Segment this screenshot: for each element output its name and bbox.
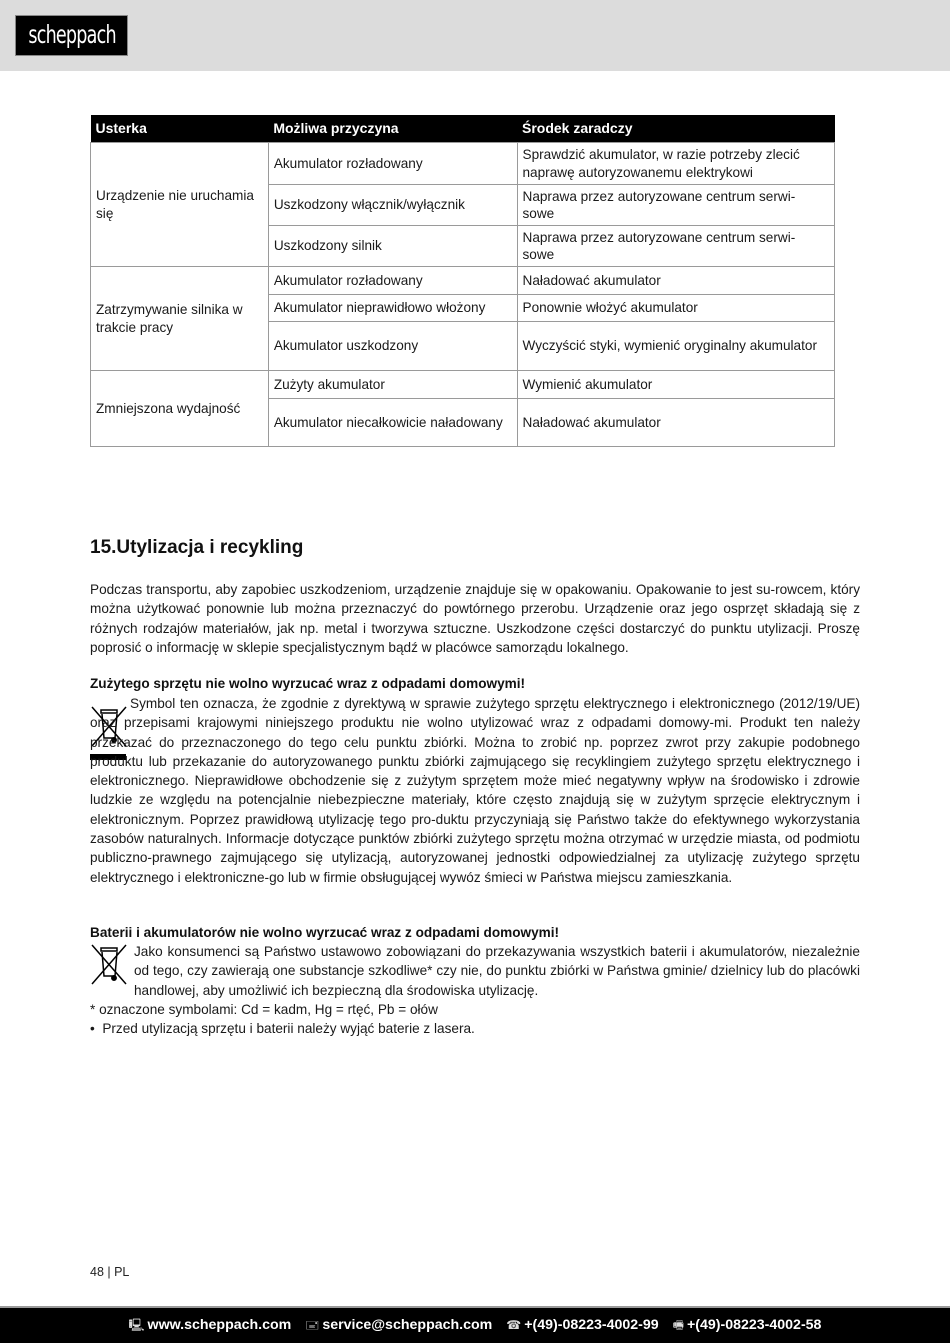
remedy-cell: Naładować akumulator xyxy=(517,399,835,447)
fax-icon: 🖷 xyxy=(673,1318,684,1332)
footer-bar: 🖳www.scheppach.com 🖃service@scheppach.co… xyxy=(0,1306,950,1343)
header-bar: scheppach xyxy=(0,0,950,71)
cause-cell: Uszkodzony włącznik/wyłącznik xyxy=(268,185,517,226)
cause-cell: Akumulator rozładowany xyxy=(268,143,517,185)
section-number: 15. xyxy=(90,537,116,558)
footnote: * oznaczone symbolami: Cd = kadm, Hg = r… xyxy=(90,1000,860,1019)
weee-heading: Zużytego sprzętu nie wolno wyrzucać wraz… xyxy=(90,676,525,691)
troubleshooting-table: Usterka Możliwa przyczyna Środek zaradcz… xyxy=(90,115,835,447)
cause-cell: Zużyty akumulator xyxy=(268,371,517,399)
website-link[interactable]: 🖳www.scheppach.com xyxy=(129,1308,292,1342)
cause-cell: Uszkodzony silnik xyxy=(268,226,517,267)
column-header-remedy: Środek zaradczy xyxy=(517,115,835,143)
email-link[interactable]: 🖃service@scheppach.com xyxy=(305,1308,492,1342)
battery-heading: Baterii i akumulatorów nie wolno wyrzuca… xyxy=(90,925,559,940)
remedy-cell: Wymienić akumulator xyxy=(517,371,835,399)
bullet-item: • Przed utylizacją sprzętu i baterii nal… xyxy=(90,1019,860,1038)
section-title: Utylizacja i recykling xyxy=(116,537,303,558)
column-header-cause: Możliwa przyczyna xyxy=(268,115,517,143)
cause-cell: Akumulator nieprawidłowo włożony xyxy=(268,295,517,322)
fault-cell: Zatrzymywanie silnika w trakcie pracy xyxy=(91,267,269,371)
page-number: 48 | PL xyxy=(90,1265,129,1279)
fault-cell: Urządzenie nie uruchamia się xyxy=(91,143,269,267)
fax-number: 🖷+(49)-08223-4002-58 xyxy=(673,1308,822,1342)
remedy-cell: Naprawa przez autoryzowane centrum serwi… xyxy=(517,226,835,267)
computer-icon: 🖳 xyxy=(129,1318,145,1332)
column-header-fault: Usterka xyxy=(91,115,269,143)
scheppach-logo: scheppach xyxy=(15,15,128,56)
remedy-cell: Naprawa przez autoryzowane centrum serwi… xyxy=(517,185,835,226)
remedy-cell: Sprawdzić akumulator, w razie potrzeby z… xyxy=(517,143,835,185)
bullet-icon: • xyxy=(90,1021,102,1036)
remedy-cell: Ponownie włożyć akumulator xyxy=(517,295,835,322)
weee-paragraph: Symbol ten oznacza, że zgodnie z dyrekty… xyxy=(90,694,860,887)
table-header-row: Usterka Możliwa przyczyna Środek zaradcz… xyxy=(91,115,835,143)
fault-cell: Zmniejszona wydajność xyxy=(91,371,269,447)
intro-paragraph: Podczas transportu, aby zapobiec uszkodz… xyxy=(90,580,860,657)
table-row: Urządzenie nie uruchamia się Akumulator … xyxy=(91,143,835,185)
crossed-bin-icon xyxy=(90,942,128,986)
phone-number: ☎+(49)-08223-4002-99 xyxy=(506,1308,658,1342)
envelope-icon: 🖃 xyxy=(305,1318,319,1332)
remedy-cell: Wyczyścić styki, wymienić oryginalny aku… xyxy=(517,322,835,371)
remedy-cell: Naładować akumulator xyxy=(517,267,835,295)
cause-cell: Akumulator rozładowany xyxy=(268,267,517,295)
battery-paragraph: Jako konsumenci są Państwo ustawowo zobo… xyxy=(134,942,860,1000)
cause-cell: Akumulator niecałkowicie naładowany xyxy=(268,399,517,447)
table-row: Zatrzymywanie silnika w trakcie pracy Ak… xyxy=(91,267,835,295)
cause-cell: Akumulator uszkodzony xyxy=(268,322,517,371)
telephone-icon: ☎ xyxy=(506,1318,521,1332)
table-row: Zmniejszona wydajność Zużyty akumulator … xyxy=(91,371,835,399)
section-heading: 15.Utylizacja i recykling xyxy=(90,537,303,559)
